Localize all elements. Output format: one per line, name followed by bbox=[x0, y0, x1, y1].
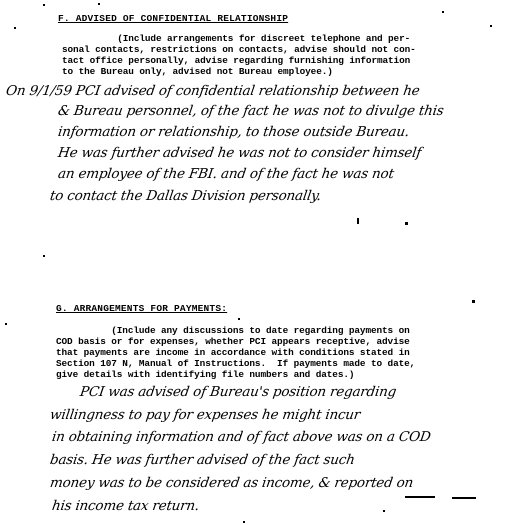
section-f-heading: F. ADVISED OF CONFIDENTIAL RELATIONSHIP bbox=[58, 13, 288, 24]
handwritten-line: information or relationship, to those ou… bbox=[57, 123, 411, 142]
speck bbox=[98, 3, 100, 5]
handwritten-line: to contact the Dallas Division personall… bbox=[49, 187, 323, 206]
speck bbox=[452, 497, 476, 499]
speck bbox=[442, 11, 444, 13]
handwritten-line: money was to be considered as income, & … bbox=[49, 474, 415, 493]
speck bbox=[243, 521, 245, 523]
speck bbox=[405, 496, 435, 498]
handwritten-line: & Bureau personnel, of the fact he was n… bbox=[57, 102, 445, 121]
speck bbox=[43, 4, 45, 6]
speck bbox=[383, 510, 385, 512]
handwritten-line: On 9/1/59 PCI advised of confidential re… bbox=[5, 82, 421, 101]
speck bbox=[238, 318, 240, 320]
handwritten-line: He was further advised he was not to con… bbox=[57, 144, 423, 163]
speck bbox=[43, 255, 45, 257]
handwritten-line: his income tax return. bbox=[51, 497, 201, 516]
handwritten-line: basis. He was further advised of the fac… bbox=[49, 451, 356, 470]
handwritten-line: PCI was advised of Bureau's position reg… bbox=[79, 383, 398, 402]
handwritten-line: willingness to pay for expenses he might… bbox=[49, 406, 362, 425]
scanned-document-page: F. ADVISED OF CONFIDENTIAL RELATIONSHIP … bbox=[0, 0, 515, 525]
speck bbox=[14, 27, 16, 29]
speck bbox=[472, 300, 475, 303]
handwritten-line: in obtaining information and of fact abo… bbox=[51, 428, 432, 447]
section-g-heading: G. ARRANGEMENTS FOR PAYMENTS: bbox=[56, 303, 227, 314]
speck bbox=[357, 218, 359, 224]
speck bbox=[5, 323, 7, 325]
instruction-line: to the Bureau only, advised not Bureau e… bbox=[62, 67, 333, 78]
instruction-line: give details with identifying file numbe… bbox=[56, 370, 354, 381]
speck bbox=[405, 222, 408, 225]
speck bbox=[490, 25, 492, 27]
handwritten-line: an employee of the FBI. and of the fact … bbox=[57, 165, 395, 184]
